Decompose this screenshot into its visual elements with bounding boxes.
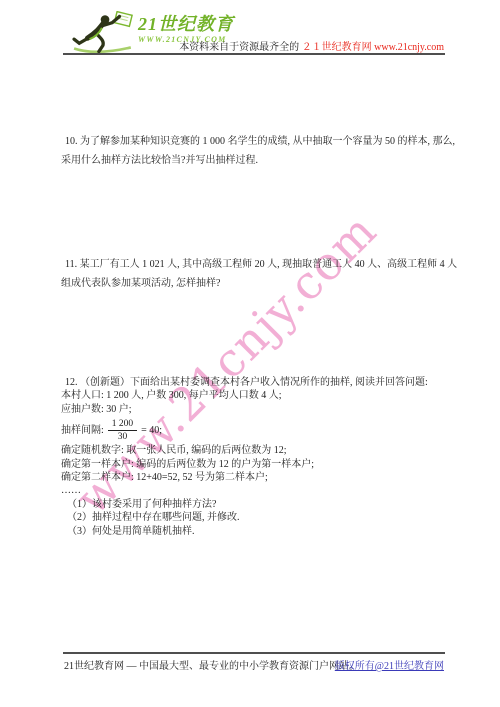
question-line: 10. 为了解参加某种知识竞赛的 1 000 名学生的成绩, 从中抽取一个容量为… [61, 132, 455, 151]
ellipsis-line: …… [61, 484, 428, 497]
sub-question-1: （1）该村委采用了何种抽样方法? [61, 498, 428, 511]
runner-logo-icon [71, 11, 137, 55]
question-line: 12. （创新题）下面给出某村委调查本村各户收入情况所作的抽样, 阅读并回答问题… [61, 376, 428, 389]
sub-question-3: （3）何处是用简单随机抽样. [61, 525, 428, 538]
question-line: 确定随机数字: 取一张人民币, 编码的后两位数为 12; [61, 444, 428, 457]
sampling-interval-formula: 抽样间隔: 1 200 30 = 40; [61, 416, 428, 444]
copyright-link[interactable]: 版权所有@21世纪教育网 [335, 657, 444, 672]
fraction-denominator: 30 [118, 431, 128, 442]
formula-prefix: 抽样间隔: [61, 424, 104, 437]
question-10: 10. 为了解参加某种知识竞赛的 1 000 名学生的成绩, 从中抽取一个容量为… [61, 132, 455, 170]
question-12: 12. （创新题）下面给出某村委调查本村各户收入情况所作的抽样, 阅读并回答问题… [61, 376, 428, 538]
question-line: 采用什么抽样方法比较恰当?并写出抽样过程. [61, 151, 455, 170]
footer-divider [63, 652, 445, 654]
question-line: 确定第一样本户: 编码的后两位数为 12 的户为第一样本户; [61, 458, 428, 471]
document-page: 21世纪教育 www.21cnjy.com 本资料来自于资源最齐全的 ２１世纪教… [0, 0, 500, 707]
footer-slogan: 21世纪教育网 — 中国最大型、最专业的中小学教育资源门户网站。 [64, 657, 359, 672]
formula-result: = 40; [141, 424, 162, 437]
tagline-site-text: ２１世纪教育网 www.21cnjy.com [302, 42, 444, 53]
fraction-numerator: 1 200 [108, 419, 137, 431]
question-11: 11. 某工厂有工人 1 021 人, 其中高级工程师 20 人, 现抽取普通工… [61, 255, 457, 293]
header-tagline: 本资料来自于资源最齐全的 ２１世纪教育网 www.21cnjy.com [179, 38, 444, 53]
question-line: 本村人口: 1 200 人, 户数 300, 每户平均人口数 4 人; [61, 389, 428, 402]
tagline-text: 本资料来自于资源最齐全的 [179, 42, 299, 53]
header-divider [63, 53, 445, 55]
sub-question-2: （2）抽样过程中存在哪些问题, 并修改. [61, 511, 428, 524]
brand-name: 21世纪教育 [138, 15, 234, 33]
question-line: 确定第二样本户: 12+40=52, 52 号为第二样本户; [61, 471, 428, 484]
question-line: 11. 某工厂有工人 1 021 人, 其中高级工程师 20 人, 现抽取普通工… [61, 255, 457, 274]
question-line: 应抽户数: 30 户; [61, 403, 428, 416]
fraction: 1 200 30 [108, 419, 137, 442]
question-line: 组成代表队参加某项活动, 怎样抽样? [61, 274, 457, 293]
